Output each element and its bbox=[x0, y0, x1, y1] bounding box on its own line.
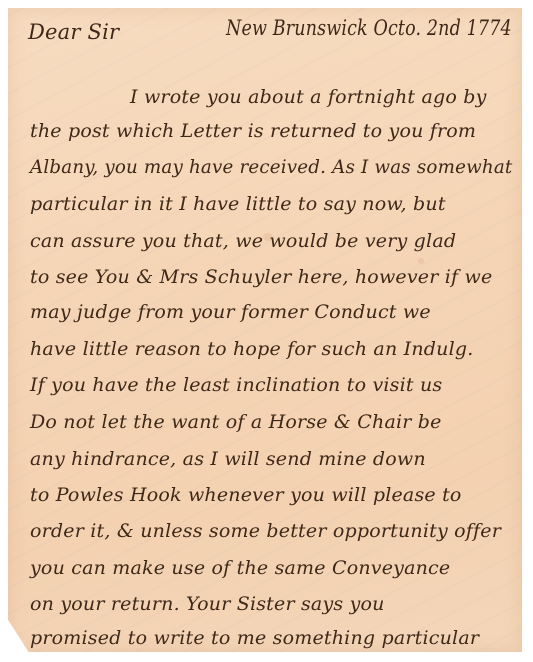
letter-line: on your return. Your Sister says you bbox=[30, 593, 385, 615]
letter-line: Albany, you may have received. As I was … bbox=[30, 156, 512, 178]
letter-line: any hindrance, as I will send mine down bbox=[30, 448, 426, 470]
salutation: Dear Sir bbox=[28, 20, 119, 44]
letter-paper: Dear Sir New Brunswick Octo. 2nd 1774 I … bbox=[8, 8, 522, 652]
letter-line: promised to write to me something partic… bbox=[30, 627, 479, 649]
place-date: New Brunswick Octo. 2nd 1774 bbox=[226, 16, 512, 40]
letter-line: If you have the least inclination to vis… bbox=[30, 374, 442, 396]
letter-line: you can make use of the same Conveyance bbox=[30, 557, 450, 579]
letter-line: may judge from your former Conduct we bbox=[30, 301, 431, 323]
letter-line: Do not let the want of a Horse & Chair b… bbox=[30, 411, 442, 433]
letter-line: order it, & unless some better opportuni… bbox=[30, 520, 501, 542]
letter-line: the post which Letter is returned to you… bbox=[30, 120, 476, 142]
letter-line: have little reason to hope for such an I… bbox=[30, 338, 473, 360]
letter-line: can assure you that, we would be very gl… bbox=[30, 230, 456, 252]
letter-line: particular in it I have little to say no… bbox=[30, 193, 446, 215]
paper-stain bbox=[418, 258, 424, 264]
letter-line: to Powles Hook whenever you will please … bbox=[30, 484, 462, 506]
letter-line: to see You & Mrs Schuyler here, however … bbox=[30, 266, 492, 288]
letter-line: I wrote you about a fortnight ago by bbox=[130, 86, 487, 108]
